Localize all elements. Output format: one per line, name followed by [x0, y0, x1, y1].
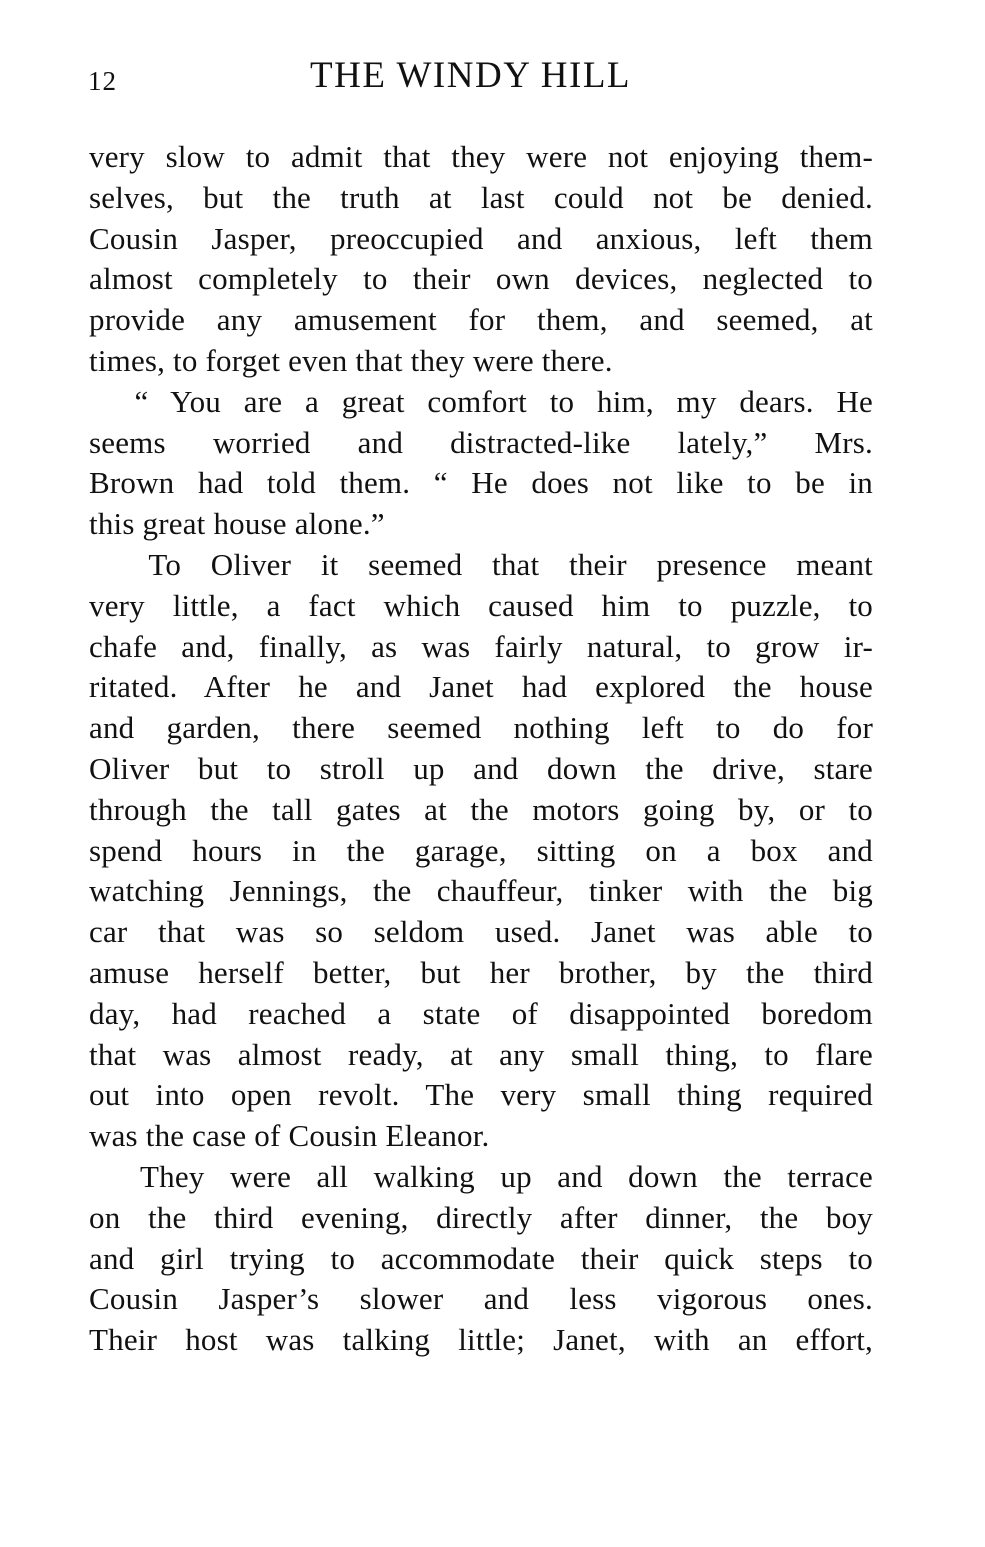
text-line: and girl trying to accommodate their qui… [89, 1239, 873, 1280]
page-header: 12 THE WINDY HILL [88, 54, 878, 104]
text-line: Cousin Jasper’s slower and less vigorous… [89, 1279, 873, 1320]
running-title: THE WINDY HILL [310, 54, 631, 97]
text-line: ritated. After he and Janet had explored… [89, 667, 873, 708]
text-line: Cousin Jasper, preoccupied and anxious, … [89, 219, 873, 260]
text-line: seems worried and distracted-like lately… [89, 423, 873, 464]
text-line: through the tall gates at the motors goi… [89, 790, 873, 831]
text-line: chafe and, finally, as was fairly natura… [89, 627, 873, 668]
text-line: Brown had told them. “ He does not like … [89, 463, 873, 504]
text-line: that was almost ready, at any small thin… [89, 1035, 873, 1076]
text-line: very little, a fact which caused him to … [89, 586, 873, 627]
text-line: provide any amusement for them, and seem… [89, 300, 873, 341]
text-line: very slow to admit that they were not en… [89, 137, 873, 178]
text-line: this great house alone.” [89, 504, 873, 545]
book-page: 12 THE WINDY HILL very slow to admit tha… [0, 0, 985, 1547]
text-line: almost completely to their own devices, … [89, 259, 873, 300]
text-line: day, had reached a state of disappointed… [89, 994, 873, 1035]
text-line: watching Jennings, the chauffeur, tinker… [89, 871, 873, 912]
text-line: was the case of Cousin Eleanor. [89, 1116, 873, 1157]
text-line: “ You are a great comfort to him, my dea… [89, 382, 873, 423]
text-line: out into open revolt. The very small thi… [89, 1075, 873, 1116]
text-line: Oliver but to stroll up and down the dri… [89, 749, 873, 790]
text-line: on the third evening, directly after din… [89, 1198, 873, 1239]
page-number: 12 [88, 66, 117, 97]
text-line: They were all walking up and down the te… [89, 1157, 873, 1198]
text-line: car that was so seldom used. Janet was a… [89, 912, 873, 953]
text-line: To Oliver it seemed that their presence … [89, 545, 873, 586]
text-line: spend hours in the garage, sitting on a … [89, 831, 873, 872]
text-line: and garden, there seemed nothing left to… [89, 708, 873, 749]
text-line: times, to forget even that they were the… [89, 341, 873, 382]
text-line: Their host was talking little; Janet, wi… [89, 1320, 873, 1361]
text-line: amuse herself better, but her brother, b… [89, 953, 873, 994]
body-text: very slow to admit that they were not en… [89, 137, 873, 1361]
text-line: selves, but the truth at last could not … [89, 178, 873, 219]
